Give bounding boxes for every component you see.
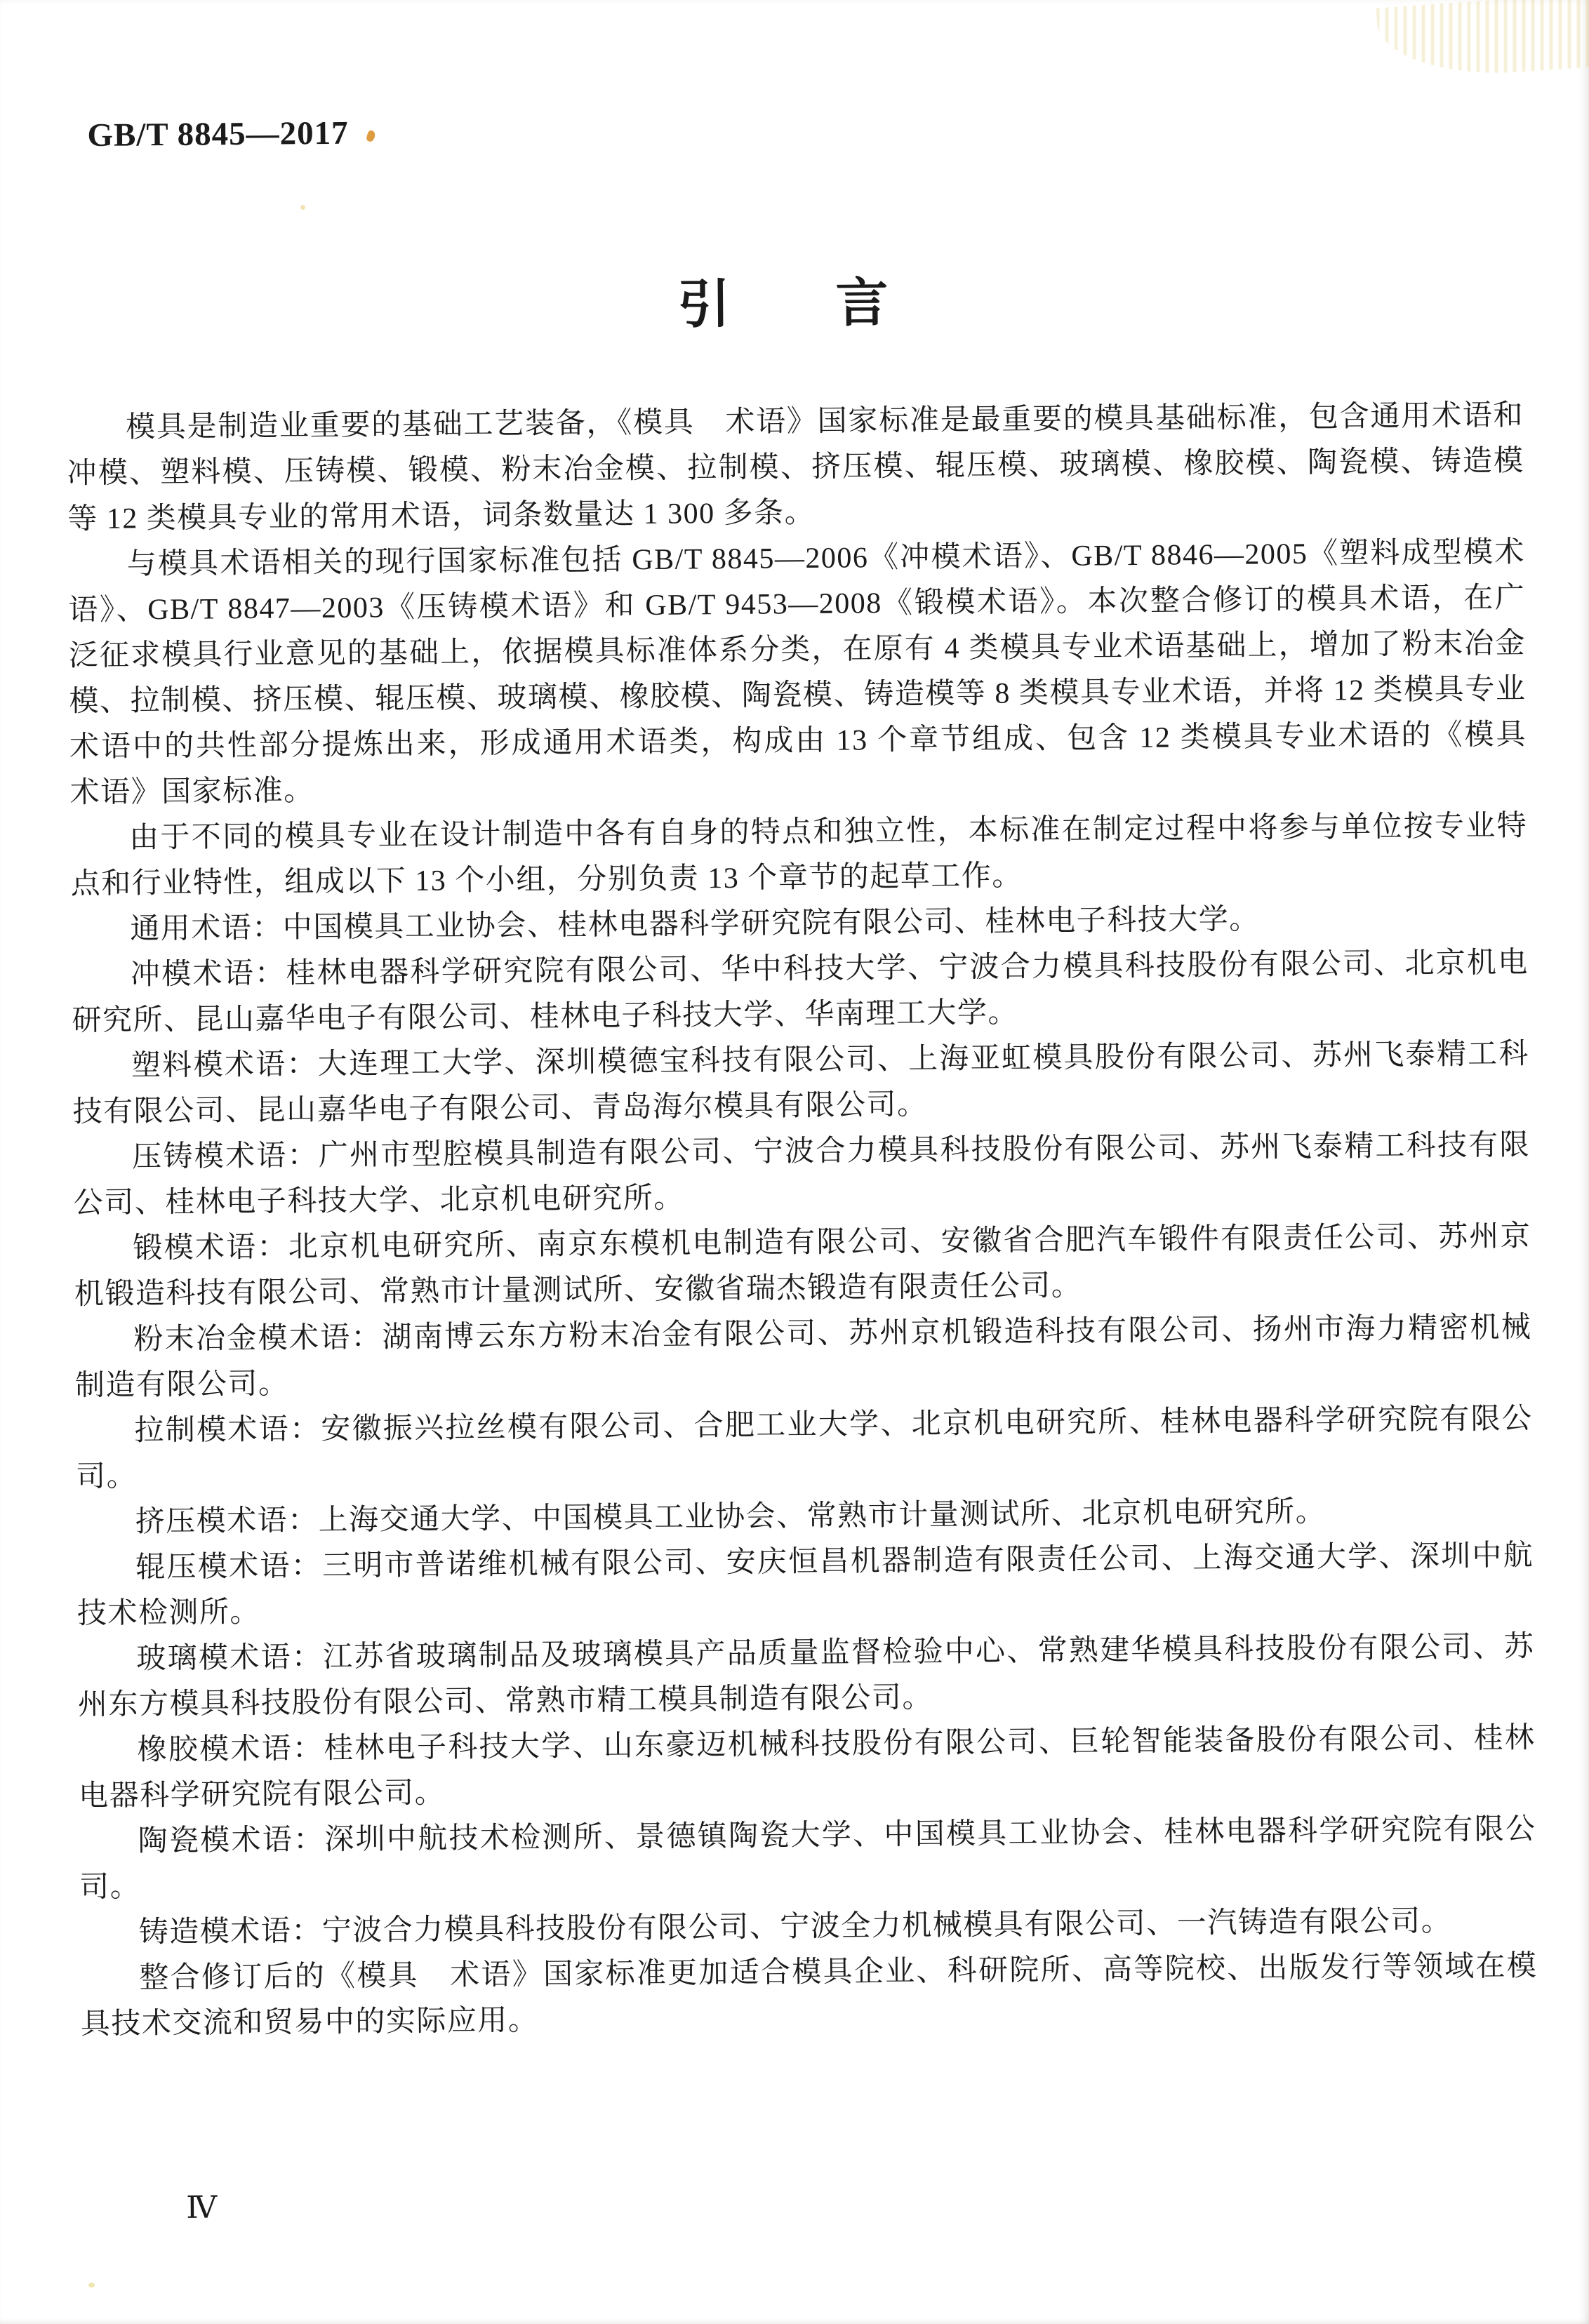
paragraph: 由于不同的模具专业在设计制造中各有自身的特点和独立性，本标准在制定过程中将参与单… <box>70 803 1528 907</box>
paragraph: 橡胶模术语：桂林电子科技大学、山东豪迈机械科技股份有限公司、巨轮智能装备股份有限… <box>78 1716 1536 1819</box>
paragraph: 整合修订后的《模具 术语》国家标准更加适合模具企业、科研院所、高等院校、出版发行… <box>80 1944 1538 2048</box>
paragraph: 辊压模术语：三明市普诺维机械有限公司、安庆恒昌机器制造有限责任公司、上海交通大学… <box>77 1533 1534 1637</box>
scanned-document-page: GB/T 8845—2017 引 言 模具是制造业重要的基础工艺装备，《模具 术… <box>0 0 1589 2324</box>
paragraph: 陶瓷模术语：深圳中航技术检测所、景德镇陶瓷大学、中国模具工业协会、桂林电器科学研… <box>79 1807 1536 1911</box>
paragraph: 压铸模术语：广州市型腔模具制造有限公司、宁波合力模具科技股份有限公司、苏州飞泰精… <box>73 1123 1531 1227</box>
page-number: Ⅳ <box>186 2189 217 2225</box>
page-content: GB/T 8845—2017 引 言 模具是制造业重要的基础工艺装备，《模具 术… <box>0 0 1589 2324</box>
paragraph: 塑料模术语：大连理工大学、深圳模德宝科技有限公司、上海亚虹模具股份有限公司、苏州… <box>72 1031 1530 1135</box>
paragraph: 锻模术语：北京机电研究所、南京东模机电制造有限公司、安徽省合肥汽车锻件有限责任公… <box>74 1214 1531 1318</box>
paragraph: 与模具术语相关的现行国家标准包括 GB/T 8845—2006《冲模术语》、GB… <box>68 530 1527 816</box>
page-title: 引 言 <box>0 255 1567 344</box>
paragraph: 拉制模术语：安徽振兴拉丝模有限公司、合肥工业大学、北京机电研究所、桂林电器科学研… <box>75 1396 1533 1500</box>
paragraph: 模具是制造业重要的基础工艺装备，《模具 术语》国家标准是最重要的模具基础标准，包… <box>67 393 1525 542</box>
paragraph: 粉末冶金模术语：湖南博云东方粉末冶金有限公司、苏州京机锻造科技有限公司、扬州市海… <box>74 1305 1532 1409</box>
paragraph: 玻璃模术语：江苏省玻璃制品及玻璃模具产品质量监督检验中心、常熟建华模具科技股份有… <box>77 1624 1535 1728</box>
standard-code: GB/T 8845—2017 <box>87 114 349 154</box>
introduction-text: 模具是制造业重要的基础工艺装备，《模具 术语》国家标准是最重要的模具基础标准，包… <box>67 393 1538 2048</box>
paragraph: 冲模术语：桂林电器科学研究院有限公司、华中科技大学、宁波合力模具科技股份有限公司… <box>72 940 1529 1044</box>
